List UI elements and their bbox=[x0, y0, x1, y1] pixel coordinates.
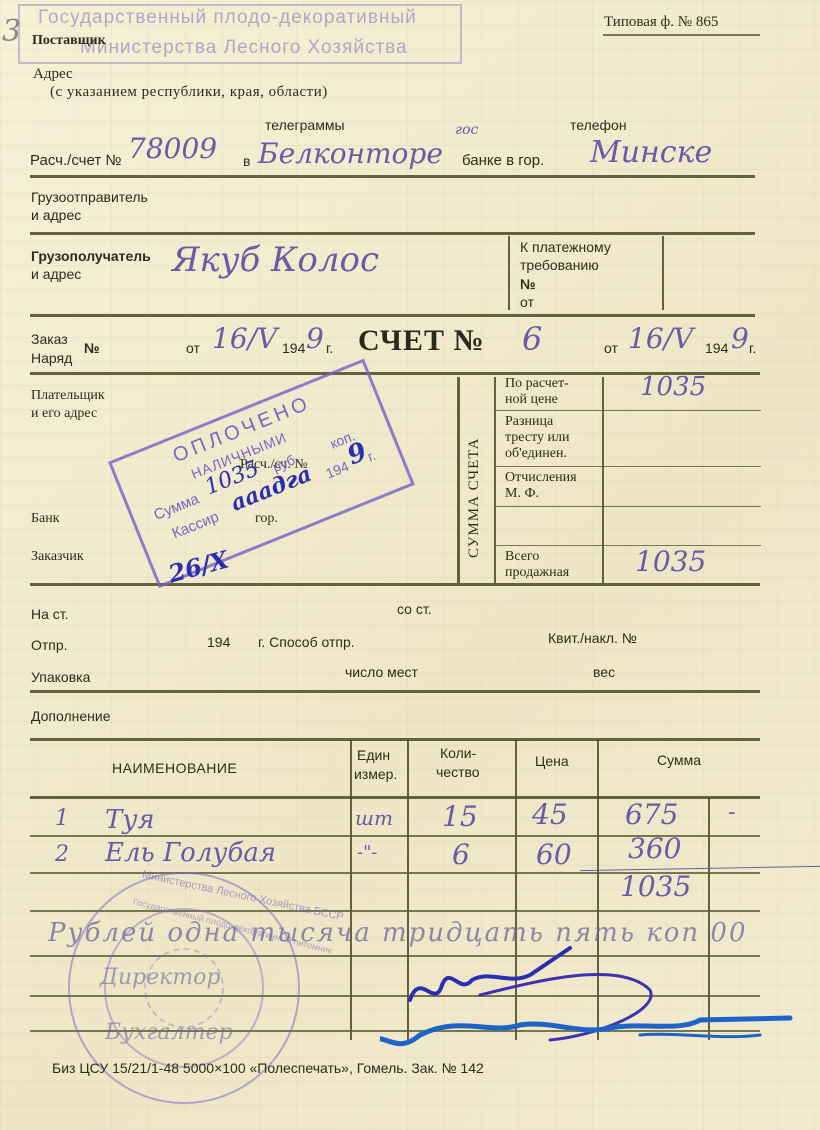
footer-imprint: Биз ЦСУ 15/21/1-48 5000×100 «Полеспечать… bbox=[52, 1060, 484, 1076]
city-value[interactable]: Минске bbox=[590, 135, 712, 170]
col-header-unit-line1: Един bbox=[357, 747, 390, 763]
payer-label-line2: и его адрес bbox=[31, 406, 97, 422]
signature-scrawls bbox=[380, 940, 800, 1060]
rule-account bbox=[30, 175, 755, 178]
rule-consignee bbox=[30, 314, 755, 317]
row-2-sum[interactable]: 360 bbox=[628, 832, 681, 865]
col-header-qty-line2: чество bbox=[436, 764, 480, 780]
items-total[interactable]: 1035 bbox=[620, 870, 691, 903]
consignee-label-line2: и адрес bbox=[31, 266, 81, 282]
emblem-icon bbox=[144, 948, 224, 1028]
places-label: число мест bbox=[345, 664, 418, 680]
order-from-label: от bbox=[186, 340, 200, 356]
bank-city-label: банке в гор. bbox=[462, 153, 544, 169]
sum-row-4-rule bbox=[496, 545, 761, 546]
invoice-year-suffix[interactable]: 9 bbox=[731, 322, 749, 355]
order-year-suffix[interactable]: 9 bbox=[306, 322, 324, 355]
consignee-value[interactable]: Якуб Колос bbox=[172, 240, 379, 280]
col-header-sum: Сумма bbox=[657, 752, 701, 768]
row-1-name[interactable]: Туя bbox=[105, 805, 155, 835]
form-type-underline bbox=[603, 34, 760, 36]
row-2-qty[interactable]: 6 bbox=[452, 838, 470, 871]
vrule-sum-values bbox=[602, 377, 604, 583]
sum-row-1-value[interactable]: 1035 bbox=[640, 372, 706, 402]
address-label: Адрес bbox=[33, 66, 73, 82]
shipper-label-line1: Грузоотправитель bbox=[31, 189, 148, 205]
shipper-label-line2: и адрес bbox=[31, 207, 81, 223]
customer-label: Заказчик bbox=[31, 549, 84, 565]
invoice-year-prefix: 194 bbox=[705, 340, 728, 356]
row-1-kop[interactable]: - bbox=[728, 800, 735, 825]
vrule-sum-left bbox=[457, 377, 460, 583]
rule-shipper bbox=[30, 232, 755, 235]
col-header-name: НАИМЕНОВАНИЕ bbox=[112, 760, 237, 776]
order-year-prefix: 194 bbox=[282, 340, 305, 356]
rule-payer bbox=[30, 583, 760, 586]
row-2-unit[interactable]: -"- bbox=[357, 842, 377, 863]
sent-year-label: 194 bbox=[207, 634, 230, 650]
row-2-price[interactable]: 60 bbox=[536, 838, 572, 871]
sum-row-2-rule bbox=[496, 466, 761, 467]
from-station-label: со ст. bbox=[397, 601, 432, 617]
row-2-name[interactable]: Ель Голубая bbox=[105, 838, 276, 868]
payment-req-line1: К платежному bbox=[520, 239, 611, 255]
sum-row-5-line2: продажная bbox=[505, 565, 569, 581]
row-1-price[interactable]: 45 bbox=[532, 798, 568, 831]
account-in-label: в bbox=[243, 153, 250, 169]
form-type-label: Типовая ф. № 865 bbox=[604, 14, 718, 30]
consignee-label-line1: Грузополучатель bbox=[31, 248, 151, 264]
sum-row-5-line1: Всего bbox=[505, 549, 539, 565]
order-label-line1: Заказ bbox=[31, 331, 68, 347]
invoice-number[interactable]: 6 bbox=[522, 320, 542, 358]
payer-label-line1: Плательщик bbox=[31, 388, 105, 404]
row-2-num: 2 bbox=[55, 842, 69, 867]
col-header-price: Цена bbox=[535, 753, 569, 769]
sent-label: Отпр. bbox=[31, 637, 68, 653]
invoice-title: СЧЕТ № bbox=[358, 324, 485, 358]
payment-req-no: № bbox=[520, 276, 536, 292]
account-label: Расч./счет № bbox=[30, 153, 121, 169]
vrule-payment-req-left bbox=[508, 236, 510, 310]
sum-row-2-line3: об'единен. bbox=[505, 446, 567, 462]
sum-row-3-line1: Отчисления bbox=[505, 470, 577, 486]
vrule-sum-labels bbox=[494, 377, 496, 583]
to-station-label: На ст. bbox=[31, 606, 69, 622]
receipt-label: Квит./накл. № bbox=[548, 630, 637, 646]
invoice-sum-side-label: СУММА СЧЕТА bbox=[466, 438, 482, 558]
sum-row-1-rule bbox=[496, 410, 761, 411]
invoice-year-unit: г. bbox=[749, 340, 756, 356]
account-value[interactable]: 78009 bbox=[128, 132, 217, 165]
col-header-qty-line1: Коли- bbox=[440, 745, 476, 761]
row-1-sum[interactable]: 675 bbox=[625, 798, 678, 831]
invoice-date-value[interactable]: 16/V bbox=[628, 322, 693, 355]
sum-row-1-line2: ной цене bbox=[505, 392, 558, 408]
invoice-from-label: от bbox=[604, 340, 618, 356]
order-date-value[interactable]: 16/V bbox=[212, 322, 277, 355]
order-no-label: № bbox=[84, 340, 100, 356]
supplier-stamp-line2: Министерства Лесного Хозяйства bbox=[80, 40, 408, 56]
payment-req-line2: требованию bbox=[520, 257, 599, 273]
rule-shipment bbox=[30, 690, 760, 693]
bank-value[interactable]: Белконторе bbox=[258, 137, 443, 170]
phone-label: телефон bbox=[570, 117, 627, 133]
row-1-num: 1 bbox=[55, 806, 69, 831]
order-label-line2: Наряд bbox=[31, 350, 72, 366]
addition-label: Дополнение bbox=[31, 708, 111, 724]
sum-row-3-line2: М. Ф. bbox=[505, 486, 539, 502]
supplier-stamp-line1: Государственный плодо-декоративный bbox=[38, 10, 417, 26]
shipping-method-label: г. Способ отпр. bbox=[258, 634, 355, 650]
sum-row-5-value[interactable]: 1035 bbox=[635, 545, 706, 578]
col-header-unit-line2: измер. bbox=[354, 766, 397, 782]
payment-req-from: от bbox=[520, 294, 534, 310]
weight-label: вес bbox=[593, 664, 615, 680]
supplier-label: Поставщик bbox=[32, 33, 106, 49]
order-year-unit: г. bbox=[326, 340, 333, 356]
row-1-unit[interactable]: шт bbox=[355, 806, 393, 830]
paid-stamp-year-prefix: 194 bbox=[323, 458, 351, 482]
sum-row-1-line1: По расчет- bbox=[505, 376, 569, 392]
sum-row-2-line2: тресту или bbox=[505, 430, 569, 446]
address-hint: (с указанием республики, края, области) bbox=[50, 84, 328, 100]
packing-label: Упаковка bbox=[31, 669, 90, 685]
sum-row-2-line1: Разница bbox=[505, 414, 553, 430]
payer-bank-label: Банк bbox=[31, 511, 60, 527]
telegrams-label: телеграммы bbox=[265, 117, 345, 133]
row-1-qty[interactable]: 15 bbox=[442, 800, 478, 833]
rule-table-top bbox=[30, 738, 760, 741]
bank-superscript: гос bbox=[455, 122, 478, 138]
sum-row-3-rule bbox=[496, 506, 761, 507]
vrule-payment-req-right bbox=[662, 236, 664, 310]
